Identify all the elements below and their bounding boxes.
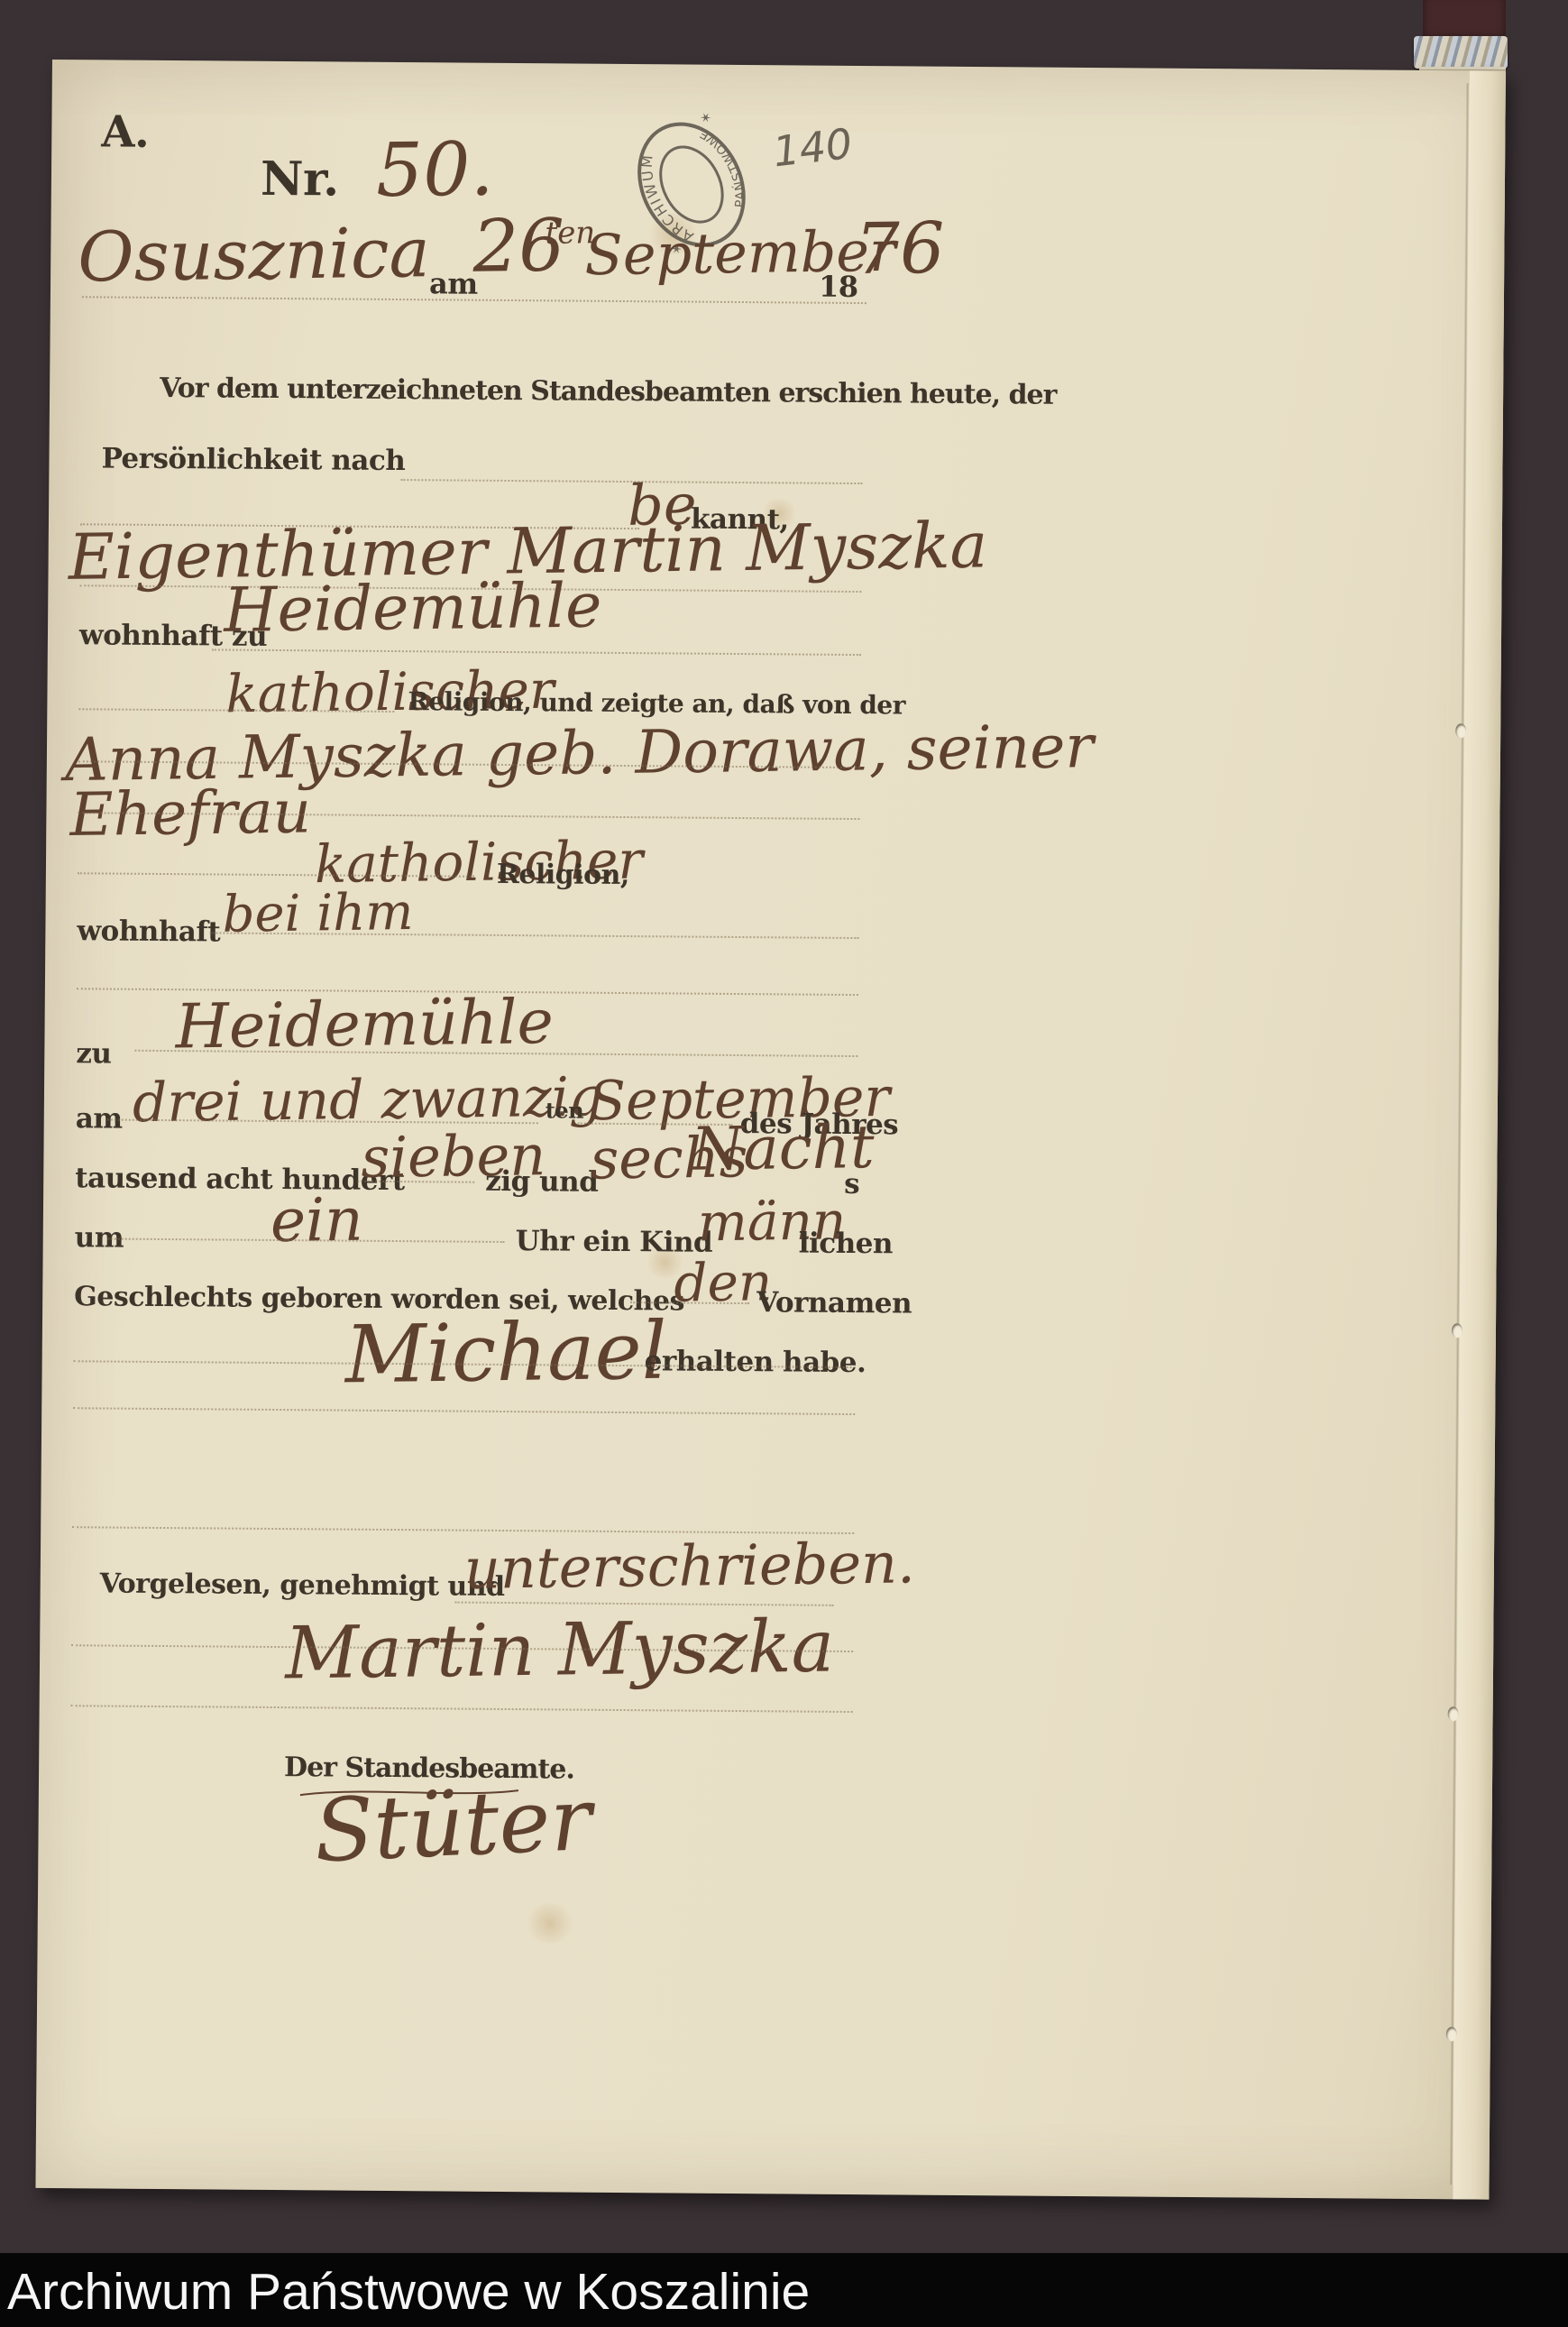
am-label: am [429,266,478,300]
record-number: 50. [375,126,494,214]
svg-text:PAŃSTWOWE: PAŃSTWOWE [693,118,761,214]
dotted-rule [73,1407,855,1415]
intro-line: Vor dem unterzeichneten Standesbeamten e… [160,373,1057,411]
child-name-handwritten: Michael [344,1304,667,1402]
archive-caption: Archiwum Państwowe w Koszalinie [7,2262,810,2322]
dotted-rule [212,648,861,656]
residence-handwritten: Heidemühle [224,570,602,646]
religion2-label: Religion, [497,859,629,891]
caption-bar: Archiwum Państwowe w Koszalinie [0,2253,1568,2327]
stitch-hole [1446,2027,1457,2041]
s-label: s [844,1168,859,1200]
persoenlichkeit-label: Persönlichkeit nach [101,442,405,477]
register-page: A. Nr. 50. ARCHIWUM PAŃSTWOWE ✶ ✶ [35,60,1505,2200]
ten-label: ten [546,1097,584,1123]
zig-und-label: zig und [485,1165,598,1199]
age-spot [525,1903,575,1943]
zu-label: zu [76,1037,111,1070]
vornamen-label: Vornamen [756,1286,912,1320]
wohnhaft-label: wohnhaft [77,915,220,948]
hour-handwritten: ein [270,1185,363,1255]
binding-threads [1414,36,1508,69]
place-handwritten: Osusznica [78,212,431,297]
registrar-signature: Stüter [312,1769,593,1882]
form-letter-a: A. [101,106,149,157]
erhalten-label: erhalten habe. [645,1345,867,1379]
stamp-star-icon: ✶ [697,108,714,128]
year-handwritten: 76 [855,208,945,290]
pencil-folio-number: 140 [770,119,854,177]
stitch-hole [1455,723,1466,738]
stitch-hole [1448,1706,1459,1721]
stamp-text-bottom: PAŃSTWOWE [693,118,761,214]
nr-label: Nr. [261,152,339,207]
year-printed: 18 [819,270,858,304]
stitch-hole [1452,1323,1463,1338]
lichen-label: lichen [799,1228,894,1261]
unterschrieben-handwritten: unterschrieben. [463,1530,915,1602]
scan-page: A. Nr. 50. ARCHIWUM PAŃSTWOWE ✶ ✶ [0,0,1568,2327]
dotted-rule [71,1705,853,1713]
vorgelesen-label: Vorgelesen, genehmigt und [100,1568,505,1603]
